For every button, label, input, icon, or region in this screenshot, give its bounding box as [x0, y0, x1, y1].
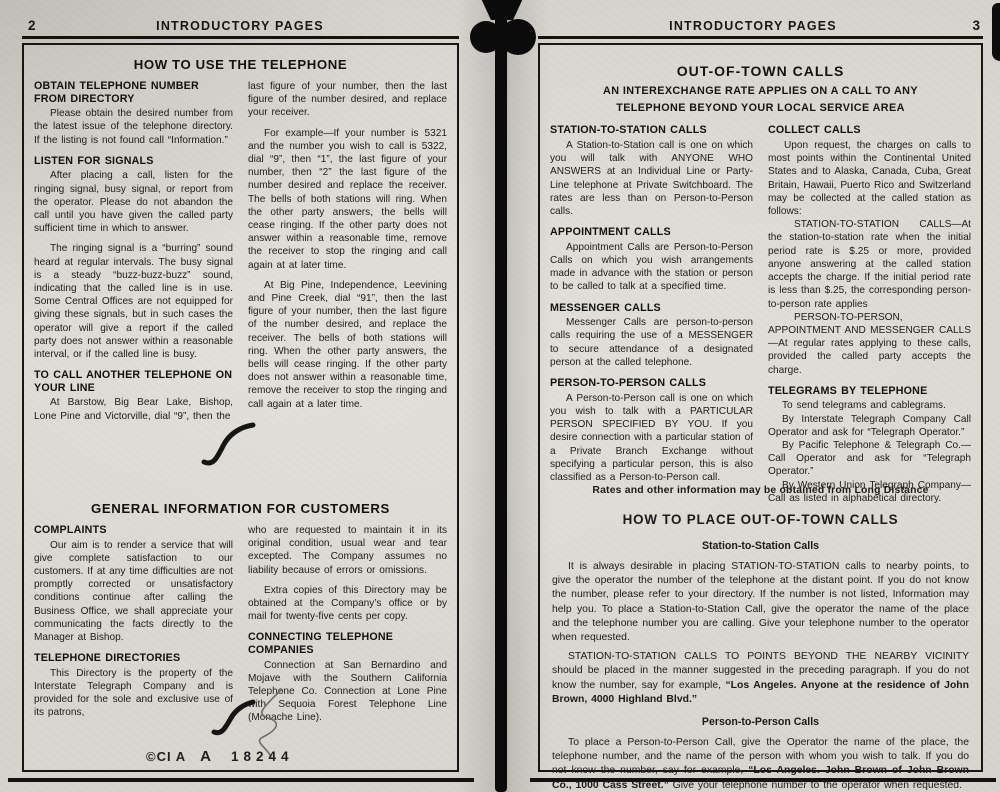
paragraph-text: Give your telephone number to the operat… [669, 780, 962, 791]
paragraph: last figure of your number, then the las… [248, 80, 447, 120]
section-title: OUT-OF-TOWN CALLS [550, 63, 971, 79]
section-title: GENERAL INFORMATION FOR CUSTOMERS [34, 501, 447, 516]
paragraph: Our aim is to render a service that will… [34, 539, 233, 645]
column: STATION-TO-STATION CALLS A Station-to-St… [550, 122, 753, 504]
content-box: OUT-OF-TOWN CALLS AN INTEREXCHANGE RATE … [538, 43, 983, 772]
paragraph: Messenger Calls are person-to-person cal… [550, 316, 753, 369]
header-rule [22, 36, 459, 39]
article-heading: APPOINTMENT CALLS [550, 226, 753, 239]
paragraph: The ringing signal is a “burring” sound … [34, 242, 233, 361]
paragraph: PERSON-TO-PERSON, APPOINTMENT AND MESSEN… [768, 311, 971, 377]
article-heading: TELEPHONE DIRECTORIES [34, 652, 233, 665]
page-number: 3 [972, 18, 980, 33]
paragraph: A Station-to-Station call is one on whic… [550, 139, 753, 218]
article-heading: PERSON-TO-PERSON CALLS [550, 377, 753, 390]
column: OBTAIN TELEPHONE NUMBER FROM DIRECTORY P… [34, 78, 233, 430]
union-label-symbol: A [200, 748, 211, 765]
paragraph: Please obtain the desired number from th… [34, 107, 233, 147]
scanned-directory-spread: 2 INTRODUCTORY PAGES HOW TO USE THE TELE… [0, 0, 1000, 792]
paragraph: STATION-TO-STATION CALLS—At the station-… [768, 218, 971, 310]
running-head: INTRODUCTORY PAGES [0, 19, 480, 33]
imprint-number: 18244 [231, 749, 294, 764]
paragraph: A Person-to-Person call is one on which … [550, 392, 753, 484]
paragraph: After placing a call, listen for the rin… [34, 169, 233, 235]
footer-rule [8, 778, 474, 782]
article-heading: TELEGRAMS BY TELEPHONE [768, 385, 971, 398]
paragraph: At Big Pine, Independence, Leevining and… [248, 279, 447, 411]
article-heading: STATION-TO-STATION CALLS [550, 124, 753, 137]
column: COMPLAINTS Our aim is to render a servic… [34, 522, 233, 732]
printer-imprint: ©CI AA18244 [146, 748, 294, 766]
section-title: HOW TO PLACE OUT-OF-TOWN CALLS [552, 512, 969, 527]
paragraph: Upon request, the charges on calls to mo… [768, 139, 971, 218]
running-head: INTRODUCTORY PAGES [518, 19, 988, 33]
paragraph: It is always desirable in placing STATIO… [552, 560, 969, 645]
rates-note: Rates and other information may be obtai… [552, 485, 969, 496]
paragraph: STATION-TO-STATION CALLS TO POINTS BEYON… [552, 650, 969, 707]
handwritten-mark [196, 420, 262, 470]
paragraph: For example—If your number is 5321 and t… [248, 127, 447, 272]
two-column-layout: STATION-TO-STATION CALLS A Station-to-St… [550, 122, 971, 504]
paragraph: This Directory is the property of the In… [34, 667, 233, 720]
how-to-place-section: Rates and other information may be obtai… [552, 485, 969, 792]
article-heading: OBTAIN TELEPHONE NUMBER FROM DIRECTORY [34, 80, 233, 105]
column: last figure of your number, then the las… [248, 78, 447, 430]
header-rule [538, 36, 983, 39]
section-title: HOW TO USE THE TELEPHONE [34, 57, 447, 72]
page-edge-mark [992, 3, 1000, 61]
left-page: 2 INTRODUCTORY PAGES HOW TO USE THE TELE… [0, 0, 492, 792]
article-heading: COLLECT CALLS [768, 124, 971, 137]
article-heading: LISTEN FOR SIGNALS [34, 155, 233, 168]
article-heading: MESSENGER CALLS [550, 302, 753, 315]
binding-spine [495, 0, 507, 792]
article-heading: TO CALL ANOTHER TELEPHONE ON YOUR LINE [34, 369, 233, 394]
paragraph: At Barstow, Big Bear Lake, Bishop, Lone … [34, 396, 233, 422]
subsection-heading: Station-to-Station Calls [552, 540, 969, 552]
paragraph: By Interstate Telegraph Company Call Ope… [768, 413, 971, 439]
paragraph: By Pacific Telephone & Telegraph Co.—Cal… [768, 439, 971, 479]
column: COLLECT CALLS Upon request, the charges … [768, 122, 971, 504]
two-column-layout: OBTAIN TELEPHONE NUMBER FROM DIRECTORY P… [34, 78, 447, 430]
section-subtitle: AN INTEREXCHANGE RATE APPLIES ON A CALL … [575, 83, 947, 116]
article-heading: CONNECTING TELEPHONE COMPANIES [248, 631, 447, 656]
paragraph: Extra copies of this Directory may be ob… [248, 584, 447, 624]
subsection-heading: Person-to-Person Calls [552, 716, 969, 728]
article-heading: COMPLAINTS [34, 524, 233, 537]
paragraph: To place a Person-to-Person Call, give t… [552, 736, 969, 792]
paragraph: who are requested to maintain it in its … [248, 524, 447, 577]
copyright-mark: ©CI A [146, 749, 186, 764]
paragraph: Appointment Calls are Person-to-Person C… [550, 241, 753, 294]
paragraph: To send telegrams and cablegrams. [768, 399, 971, 412]
binding-bolt-left [470, 21, 502, 53]
binding-bolt-right [500, 19, 536, 55]
right-page: INTRODUCTORY PAGES 3 OUT-OF-TOWN CALLS A… [508, 0, 1000, 792]
content-box: HOW TO USE THE TELEPHONE OBTAIN TELEPHON… [22, 43, 459, 772]
